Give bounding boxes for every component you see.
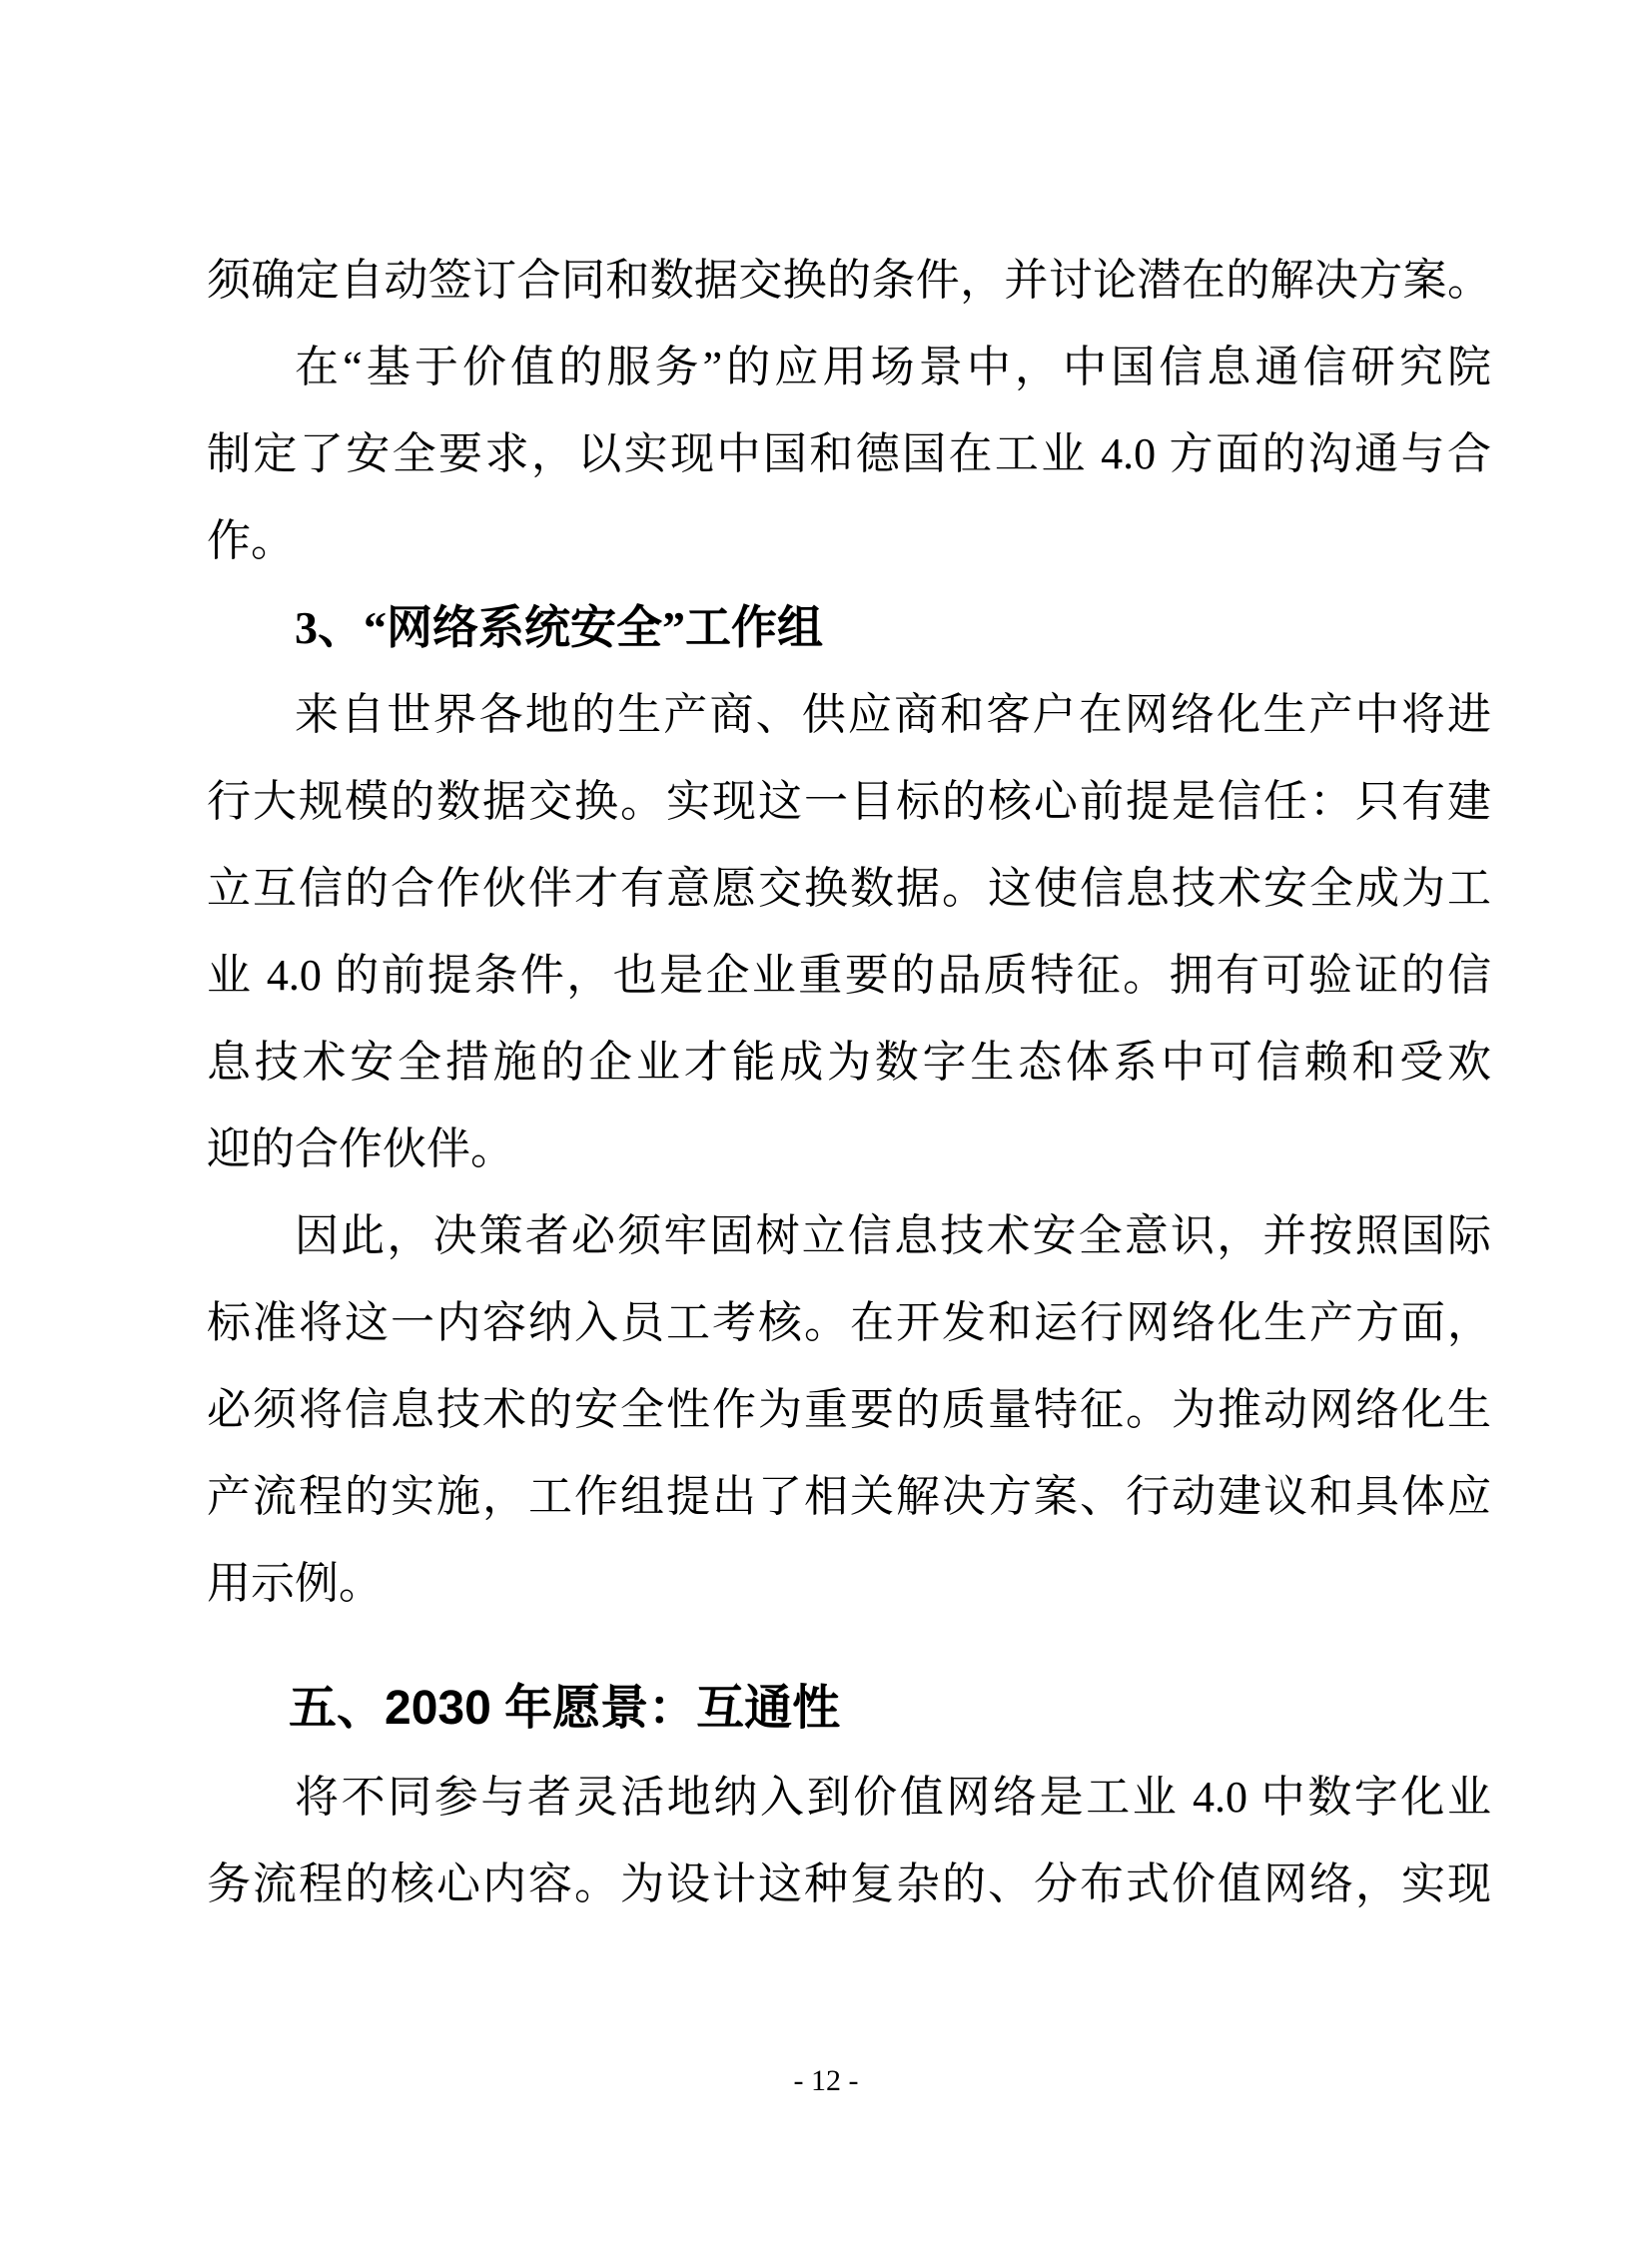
page-number: - 12 - — [0, 2063, 1652, 2099]
body-line: 立互信的合作伙伴才有意愿交换数据。这使信息技术安全成为工 — [207, 845, 1491, 932]
body-line: 因此，决策者必须牢固树立信息技术安全意识，并按照国际 — [207, 1192, 1491, 1279]
section-heading: 五、2030 年愿景：互通性 — [207, 1665, 1491, 1752]
body-line: 业 4.0 的前提条件，也是企业重要的品质特征。拥有可验证的信 — [207, 932, 1491, 1019]
document-page: 须确定自动签订合同和数据交换的条件，并讨论潜在的解决方案。 在“基于价值的服务”… — [0, 0, 1652, 2242]
body-line: 迎的合作伙伴。 — [207, 1106, 1491, 1192]
body-line: 用示例。 — [207, 1540, 1491, 1627]
body-line: 必须将信息技术的安全性作为重要的质量特征。为推动网络化生 — [207, 1366, 1491, 1453]
body-line: 制定了安全要求，以实现中国和德国在工业 4.0 方面的沟通与合 — [207, 410, 1491, 497]
body-line: 务流程的核心内容。为设计这种复杂的、分布式价值网络，实现 — [207, 1841, 1491, 1927]
body-line: 将不同参与者灵活地纳入到价值网络是工业 4.0 中数字化业 — [207, 1754, 1491, 1841]
numbered-heading: 3、“网络系统安全”工作组 — [207, 584, 1491, 671]
body-line: 在“基于价值的服务”的应用场景中，中国信息通信研究院 — [207, 324, 1491, 410]
body-line: 标准将这一内容纳入员工考核。在开发和运行网络化生产方面， — [207, 1279, 1491, 1366]
body-line: 作。 — [207, 497, 1491, 584]
document-body: 须确定自动签订合同和数据交换的条件，并讨论潜在的解决方案。 在“基于价值的服务”… — [207, 237, 1491, 1927]
body-line: 产流程的实施，工作组提出了相关解决方案、行动建议和具体应 — [207, 1453, 1491, 1540]
body-line: 行大规模的数据交换。实现这一目标的核心前提是信任：只有建 — [207, 758, 1491, 845]
body-line: 息技术安全措施的企业才能成为数字生态体系中可信赖和受欢 — [207, 1019, 1491, 1106]
body-line: 来自世界各地的生产商、供应商和客户在网络化生产中将进 — [207, 671, 1491, 758]
body-line: 须确定自动签订合同和数据交换的条件，并讨论潜在的解决方案。 — [207, 237, 1491, 324]
